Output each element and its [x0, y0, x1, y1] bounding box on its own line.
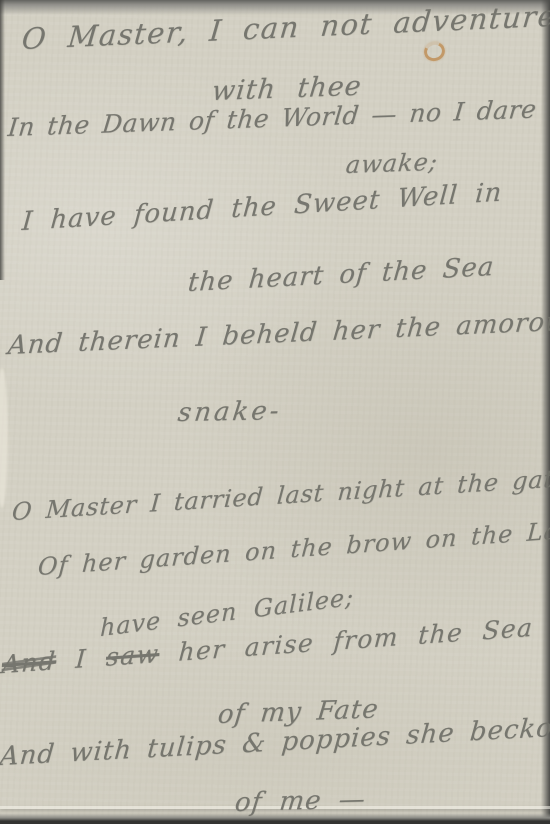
- scan-edge-right: [541, 0, 550, 824]
- handwritten-line-9: O Master I tarried last night at the gat…: [11, 464, 550, 526]
- rust-stain-mark: [422, 39, 448, 64]
- manuscript-page: O Master, I can not adventure with thee …: [0, 0, 550, 824]
- paper-torn-patch: [0, 368, 8, 508]
- handwritten-line-7: And therein I beheld her the amorous: [7, 306, 550, 361]
- handwritten-line-15: of me —: [233, 785, 367, 819]
- handwritten-line-12: And I saw her arise from the Sea: [1, 613, 534, 679]
- scan-edge-left: [0, 0, 5, 280]
- handwritten-line-4: awake;: [345, 148, 440, 179]
- handwritten-line-6: the heart of the Sea: [187, 252, 496, 298]
- struck-word-and: And: [1, 646, 57, 679]
- struck-word-saw: saw: [105, 639, 160, 672]
- handwritten-line-8: snake-: [176, 396, 283, 428]
- word-i: I: [75, 644, 88, 674]
- handwritten-line-5: I have found the Sweet Well in: [21, 178, 504, 238]
- handwritten-line-10: Of her garden on the brow on the Lake: [37, 514, 550, 581]
